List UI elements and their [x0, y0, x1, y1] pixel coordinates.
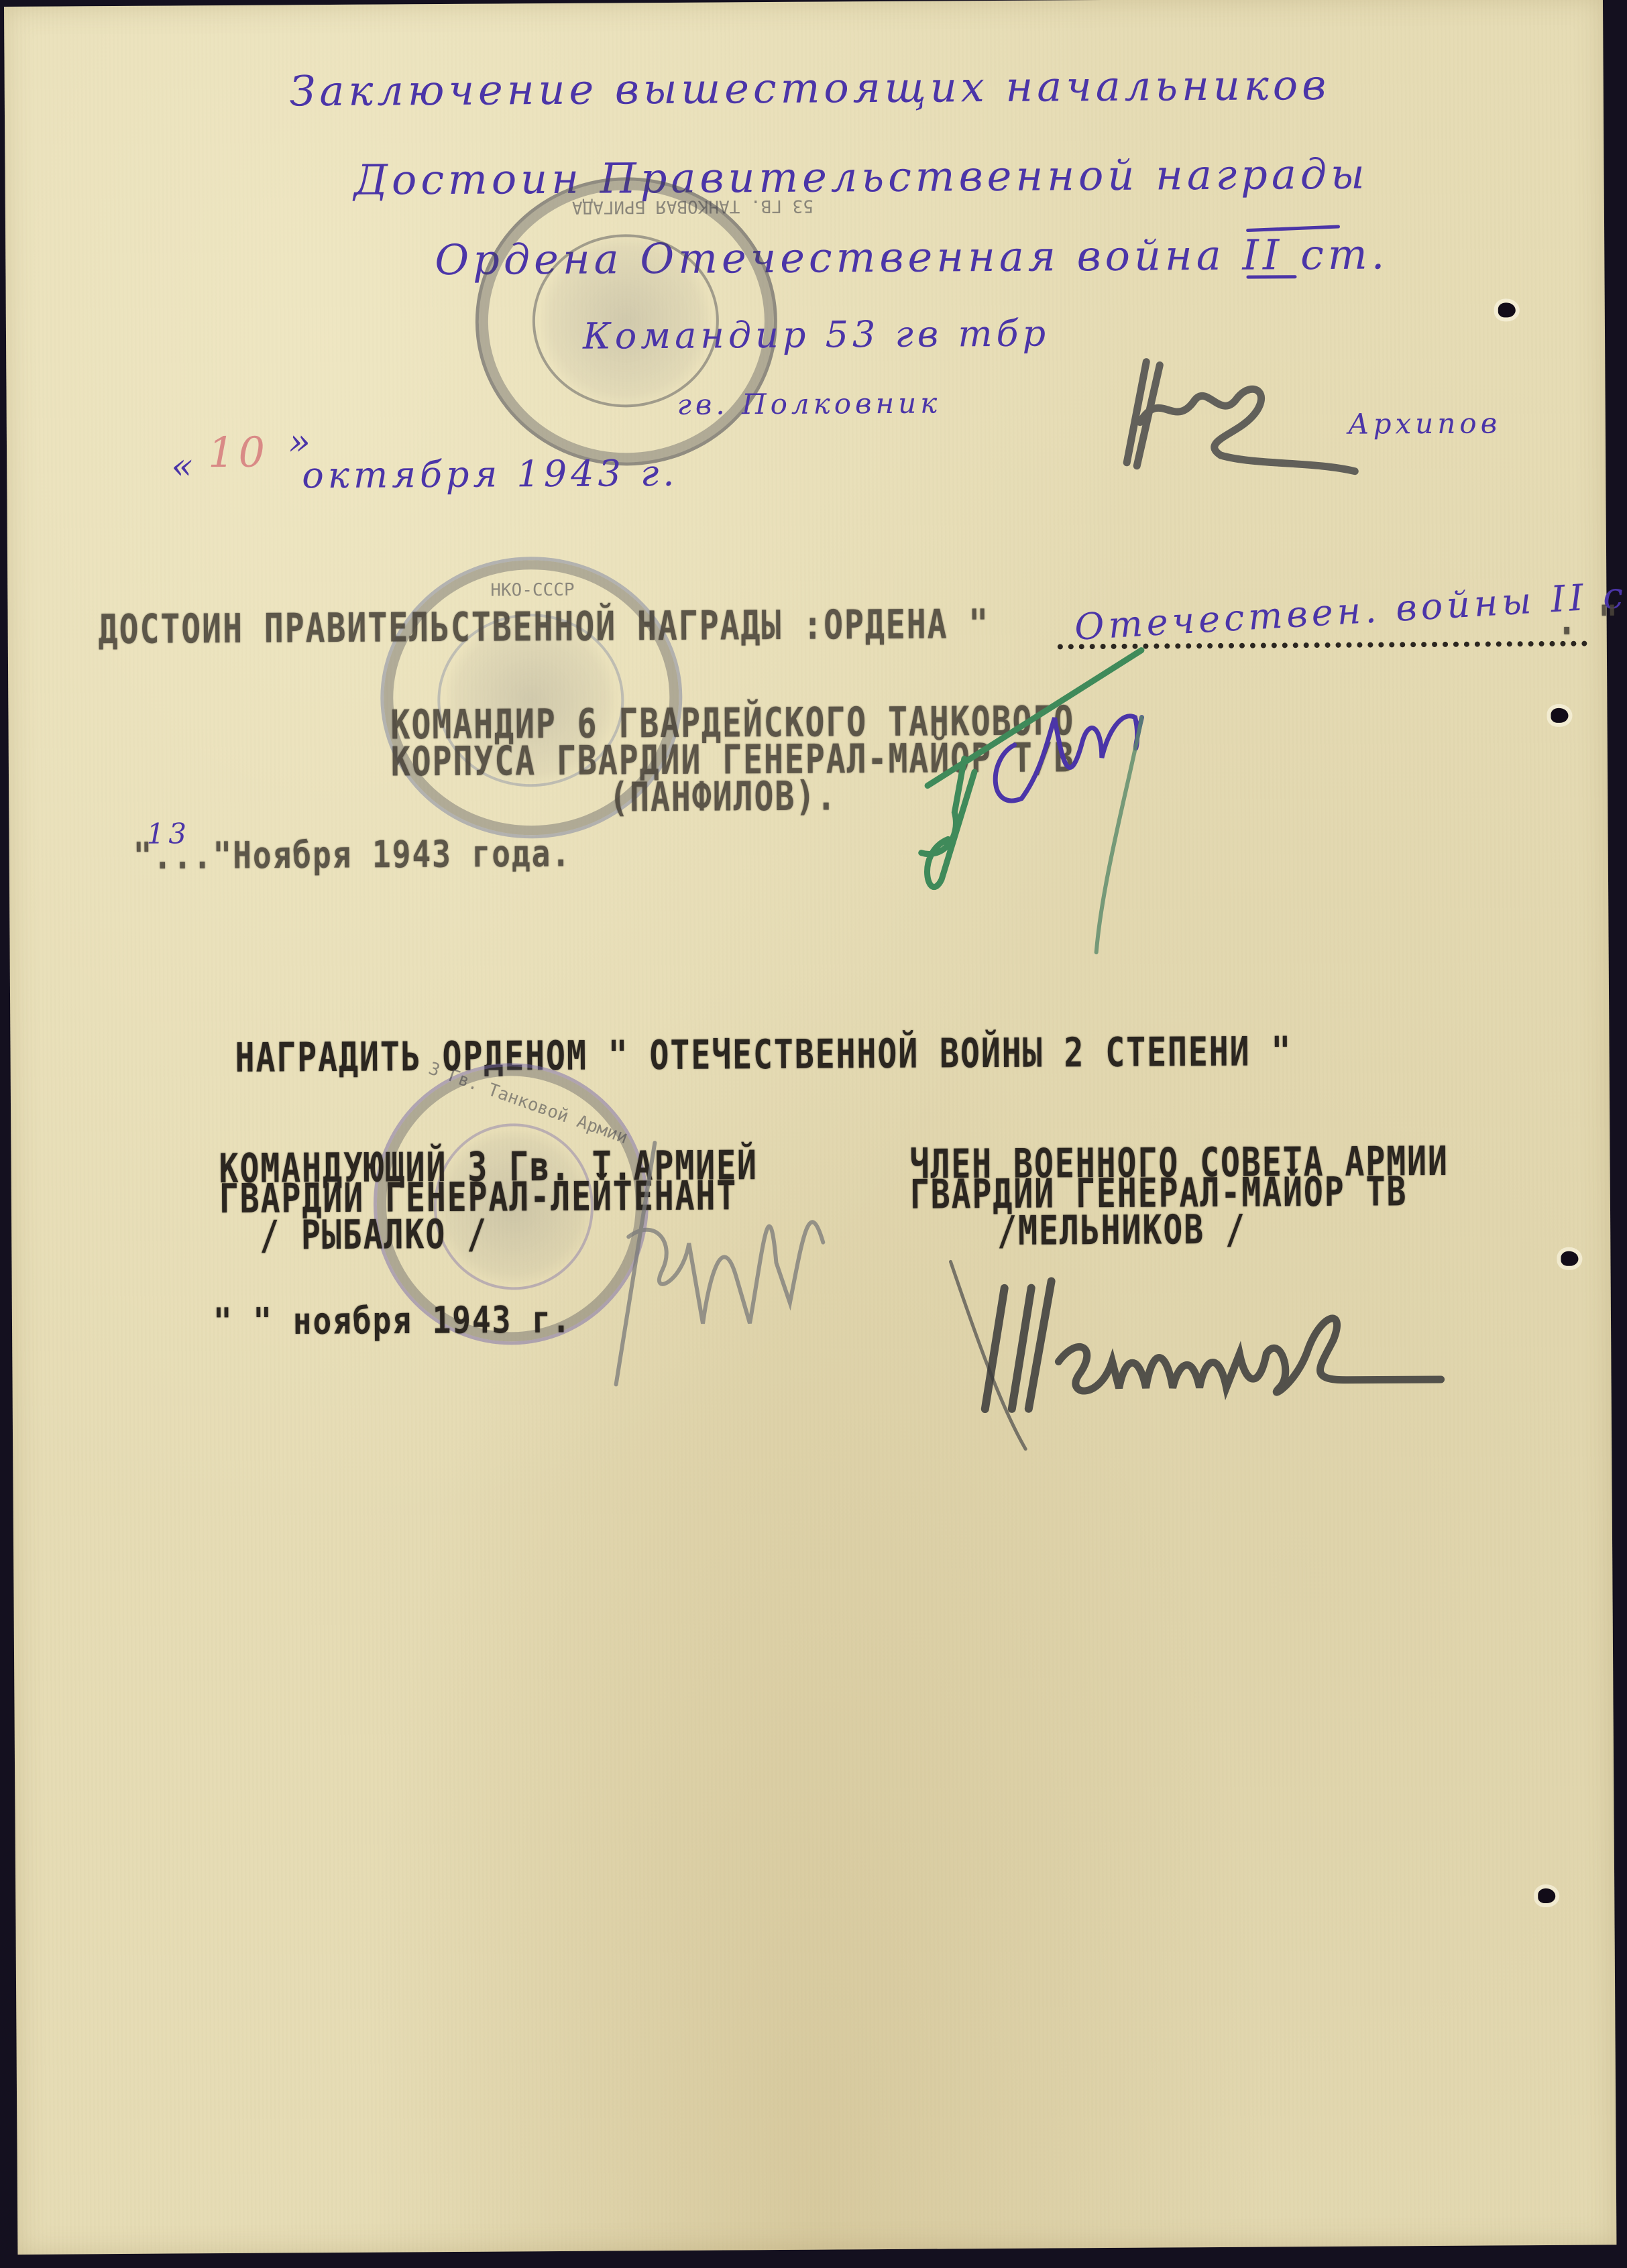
roman-numeral-underline — [1246, 275, 1296, 278]
panfilov-signature — [900, 636, 1278, 960]
corps-worthy-typed: ДОСТОИН ПРАВИТЕЛЬСТВЕННОЙ НАГРАДЫ :ОРДЕН… — [98, 601, 989, 653]
punch-hole — [1561, 1251, 1578, 1266]
date-month-year: октября 1943 г. — [302, 452, 679, 496]
signatory-rank-handwritten: гв. Полковник — [677, 386, 941, 420]
date-quote-open: « — [171, 445, 197, 487]
handwritten-conclusion-heading: Заключение вышестоящих начальников — [290, 60, 1331, 115]
seal-ring-text: НКО-СССР — [490, 580, 574, 601]
signatory-title-handwritten: Командир 53 гв тбр — [583, 312, 1050, 357]
seal-ring-text: 53 ГВ. ТАНКОВАЯ БРИГАДА — [572, 196, 813, 217]
army-date-typed: " " ноября 1943 г. — [213, 1298, 572, 1343]
award-order-typed: НАГРАДИТЬ ОРДЕНОМ " ОТЕЧЕСТВЕННОЙ ВОЙНЫ … — [235, 1028, 1292, 1082]
punch-hole — [1538, 1888, 1555, 1903]
handwritten-worthy-line: Достоин Правительственной награды — [353, 150, 1368, 205]
rybalko-signature — [601, 1101, 858, 1391]
punch-hole — [1551, 708, 1568, 723]
signatory-name-handwritten: Архипов — [1348, 406, 1502, 440]
corps-worthy-typed-suffix: . " — [1557, 597, 1619, 644]
army-commander-name: / РЫБАЛКО / — [260, 1211, 488, 1259]
corps-commander-name: (ПАНФИЛОВ). — [609, 773, 837, 821]
corps-date-typed: "..."Ноября 1943 года. — [133, 832, 572, 878]
melnikov-signature — [944, 1184, 1589, 1457]
punch-hole — [1498, 302, 1516, 317]
document-page: Заключение вышестоящих начальников Досто… — [4, 0, 1616, 2255]
date-day-red-pencil: 10 — [208, 428, 269, 477]
